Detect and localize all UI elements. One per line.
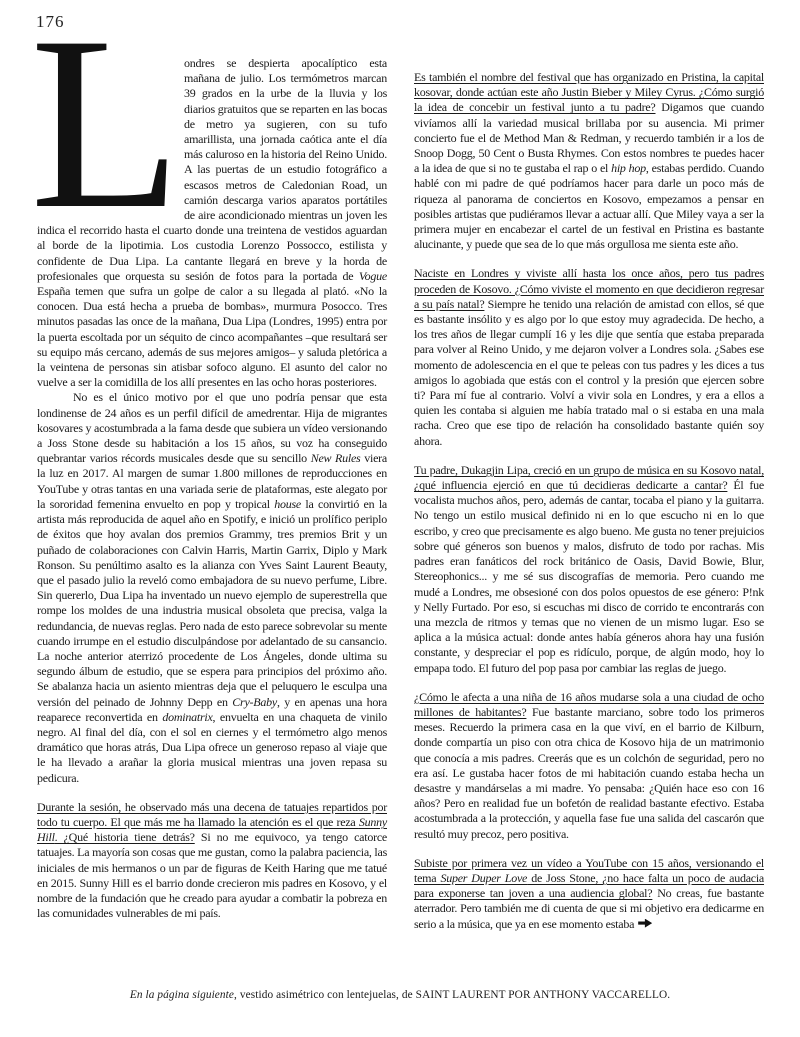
body-text: Vogue xyxy=(359,269,387,283)
question-text: Durante la sesión, he observado más una … xyxy=(37,800,387,829)
body-text: Fue bastante marciano, sobre todo los pr… xyxy=(414,705,764,841)
photo-caption: En la página siguiente, vestido asimétri… xyxy=(0,989,800,1001)
qa-paragraph: Durante la sesión, he observado más una … xyxy=(37,800,387,922)
qa-paragraph: Naciste en Londres y viviste allí hasta … xyxy=(414,266,764,448)
body-text: hip hop xyxy=(611,161,646,175)
question-text: . ¿Qué historia tiene detrás? xyxy=(55,830,195,844)
body-text: dominatrix xyxy=(162,710,212,724)
body-text: En la página siguiente xyxy=(130,989,234,1001)
body-paragraph: Londres se despierta apocalíptico esta m… xyxy=(37,56,387,390)
question-text: Super Duper Love xyxy=(440,871,527,885)
left-column: Londres se despierta apocalíptico esta m… xyxy=(37,56,387,932)
body-paragraph: No es el único motivo por el que uno pod… xyxy=(37,390,387,785)
body-text: la convirtió en la artista más reproduci… xyxy=(37,497,387,709)
qa-paragraph: Tu padre, Dukagjin Lipa, creció en un gr… xyxy=(414,463,764,676)
body-text: Él fue vocalista muchos años, pero, adem… xyxy=(414,478,764,674)
body-text: house xyxy=(274,497,301,511)
drop-cap-letter: L xyxy=(30,0,181,247)
drop-cap: L xyxy=(37,56,177,221)
body-text: New Rules xyxy=(311,451,361,465)
body-text: Siempre he tenido una relación de amista… xyxy=(414,297,764,448)
end-of-article-arrow-icon xyxy=(638,919,652,928)
qa-paragraph: ¿Cómo le afecta a una niña de 16 años mu… xyxy=(414,690,764,842)
body-text: España temen que sufra un golpe de calor… xyxy=(37,284,387,389)
body-text: , vestido asimétrico con lentejuelas, de… xyxy=(234,989,670,1001)
article-columns: Londres se despierta apocalíptico esta m… xyxy=(37,56,764,932)
right-column: Es también el nombre del festival que ha… xyxy=(414,56,764,932)
qa-paragraph: Es también el nombre del festival que ha… xyxy=(414,70,764,252)
question-text: Tu padre, Dukagjin Lipa, creció en un gr… xyxy=(414,463,764,492)
body-text: Cry-Baby xyxy=(232,695,277,709)
qa-paragraph: Subiste por primera vez un vídeo a YouTu… xyxy=(414,856,764,932)
magazine-page: 176 Londres se despierta apocalíptico es… xyxy=(0,0,800,1037)
